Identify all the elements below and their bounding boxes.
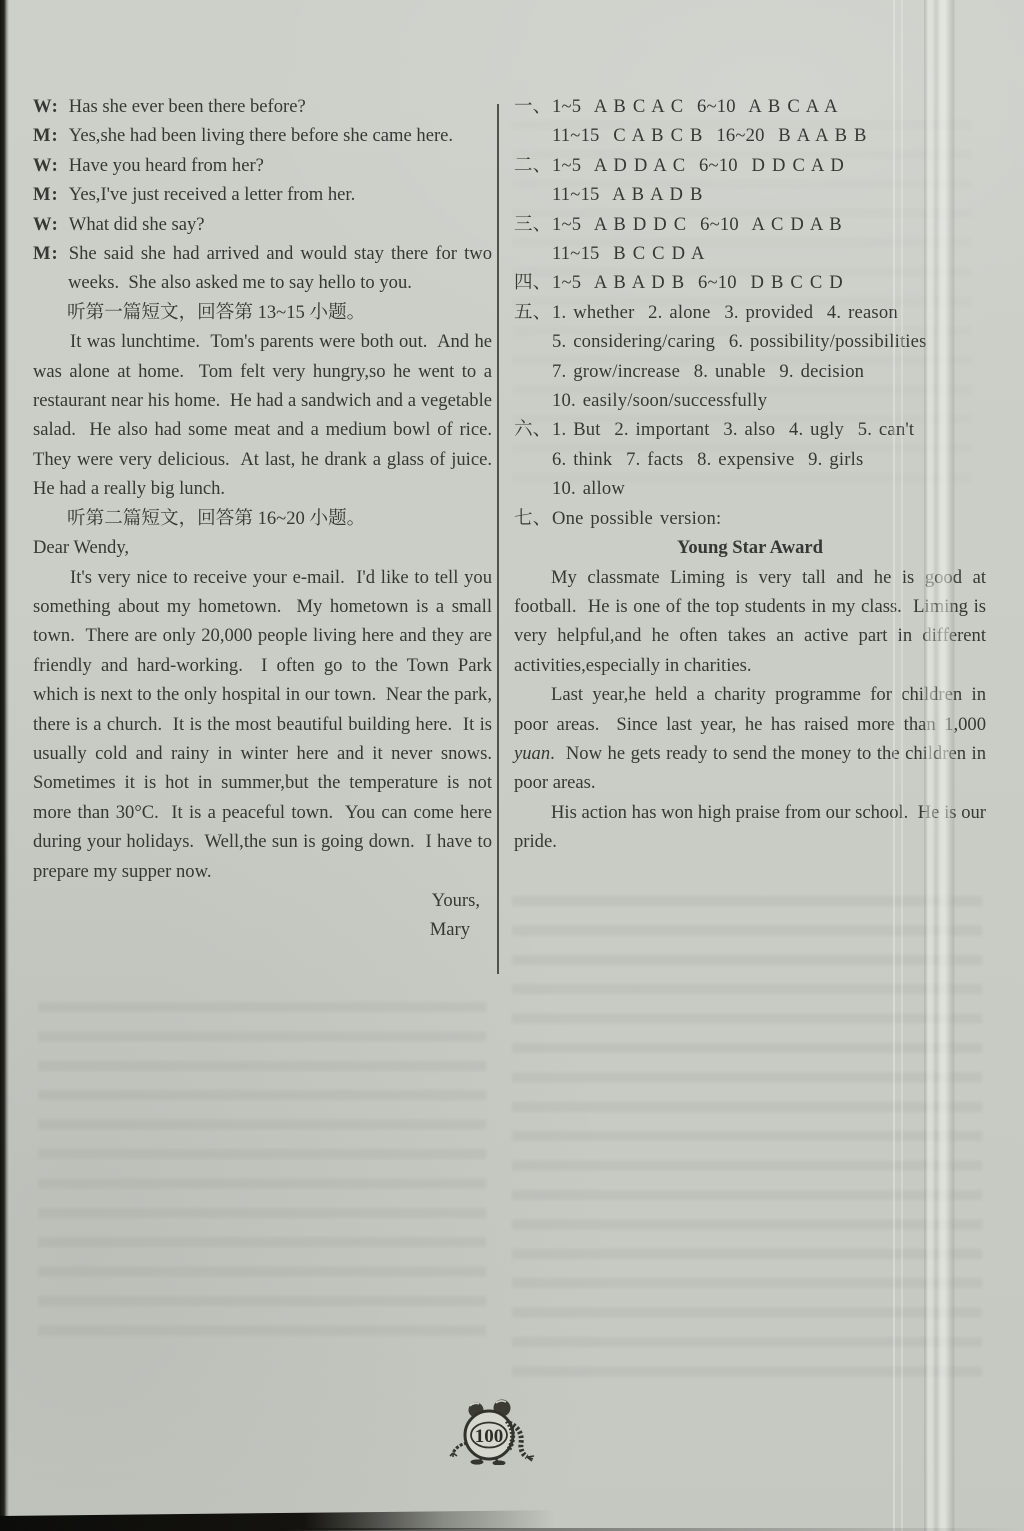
dialogue-line: W:What did she say? bbox=[33, 210, 492, 239]
answer-line: 1. whether 2. alone 3. provided 4. reaso… bbox=[552, 298, 986, 327]
dialogue-line: M:She said she had arrived and would sta… bbox=[33, 239, 492, 298]
page-curl-streak bbox=[924, 0, 955, 1531]
bleed-through-lines bbox=[38, 1002, 486, 1350]
answer-section: 三、 1~5 A B D D C 6~10 A C D A B 11~15 B … bbox=[514, 210, 986, 269]
listening-section-header: 听第一篇短文，回答第 13~15 小题。 bbox=[33, 298, 492, 327]
essay-paragraph: Last year,he held a charity programme fo… bbox=[514, 680, 986, 798]
answer-line: 1~5 A B A D B 6~10 D B C C D bbox=[552, 268, 986, 297]
answer-section: 五、 1. whether 2. alone 3. provided 4. re… bbox=[514, 298, 986, 416]
essay-title: Young Star Award bbox=[514, 533, 986, 562]
bleed-through-lines bbox=[512, 896, 982, 1396]
answer-section-label: 五、 bbox=[514, 298, 552, 416]
speaker-label: W: bbox=[33, 155, 59, 176]
dialogue-text: Yes,she had been living there before she… bbox=[69, 125, 453, 146]
left-column: W:Has she ever been there before? M:Yes,… bbox=[33, 92, 492, 945]
scan-edge-left bbox=[0, 0, 9, 1531]
speaker-label: W: bbox=[33, 214, 59, 235]
dialogue-line: W:Has she ever been there before? bbox=[33, 92, 492, 121]
answer-section: 二、 1~5 A D D A C 6~10 D D C A D 11~15 A … bbox=[514, 151, 986, 210]
alarm-clock-icon: 100 bbox=[449, 1399, 541, 1465]
dialogue-text: Have you heard from her? bbox=[69, 155, 264, 176]
page-curl-streak bbox=[901, 0, 903, 1531]
answer-line: 7. grow/increase 8. unable 9. decision bbox=[552, 357, 986, 386]
answer-line: 1~5 A D D A C 6~10 D D C A D bbox=[552, 151, 986, 180]
essay-paragraph: His action has won high praise from our … bbox=[514, 798, 986, 857]
essay-text: . Now he gets ready to send the money to… bbox=[514, 743, 991, 793]
answer-section-label: 三、 bbox=[514, 210, 552, 269]
answer-line: 11~15 A B A D B bbox=[552, 180, 986, 209]
answer-section: 七、 One possible version: bbox=[514, 504, 986, 533]
answer-section-label: 六、 bbox=[514, 415, 552, 503]
scan-edge-bottom bbox=[0, 1510, 556, 1531]
answer-line: 1. But 2. important 3. also 4. ugly 5. c… bbox=[552, 415, 986, 444]
dialogue-text: What did she say? bbox=[69, 214, 205, 235]
answer-line: 10. easily/soon/successfully bbox=[552, 386, 986, 415]
column-divider bbox=[497, 104, 499, 974]
letter-salutation: Dear Wendy, bbox=[33, 533, 492, 562]
answer-section-label: 一、 bbox=[514, 92, 552, 151]
letter-body: It's very nice to receive your e-mail. I… bbox=[33, 563, 492, 886]
answer-line: 1~5 A B C A C 6~10 A B C A A bbox=[552, 92, 986, 121]
essay-italic-word: yuan bbox=[514, 743, 550, 764]
answer-line: One possible version: bbox=[552, 504, 986, 533]
listening-section-header: 听第二篇短文，回答第 16~20 小题。 bbox=[33, 504, 492, 533]
answer-line: 11~15 C A B C B 16~20 B A A B B bbox=[552, 121, 986, 150]
speaker-label: M: bbox=[33, 184, 59, 205]
speaker-label: M: bbox=[33, 243, 59, 264]
essay-paragraph: My classmate Liming is very tall and he … bbox=[514, 563, 986, 681]
passage-paragraph: It was lunchtime. Tom's parents were bot… bbox=[33, 327, 492, 503]
dialogue-text: She said she had arrived and would stay … bbox=[68, 243, 497, 293]
answer-line: 10. allow bbox=[552, 474, 986, 503]
dialogue-line: W:Have you heard from her? bbox=[33, 151, 492, 180]
dialogue-line: M:Yes,she had been living there before s… bbox=[33, 121, 492, 150]
dialogue-text: Yes,I've just received a letter from her… bbox=[69, 184, 355, 205]
speaker-label: M: bbox=[33, 125, 59, 146]
answer-section: 一、 1~5 A B C A C 6~10 A B C A A 11~15 C … bbox=[514, 92, 986, 151]
essay-text: Last year,he held a charity programme fo… bbox=[514, 684, 991, 734]
letter-signature: Mary bbox=[33, 915, 492, 944]
answer-section: 六、 1. But 2. important 3. also 4. ugly 5… bbox=[514, 415, 986, 503]
answer-section-label: 四、 bbox=[514, 268, 552, 297]
dialogue-line: M:Yes,I've just received a letter from h… bbox=[33, 180, 492, 209]
page-number: 100 bbox=[475, 1426, 504, 1447]
answer-line: 1~5 A B D D C 6~10 A C D A B bbox=[552, 210, 986, 239]
speaker-label: W: bbox=[33, 96, 59, 117]
right-column: 一、 1~5 A B C A C 6~10 A B C A A 11~15 C … bbox=[514, 92, 986, 857]
page-curl-streak bbox=[893, 0, 895, 1531]
answer-line: 6. think 7. facts 8. expensive 9. girls bbox=[552, 445, 986, 474]
answer-section: 四、 1~5 A B A D B 6~10 D B C C D bbox=[514, 268, 986, 297]
answer-section-label: 七、 bbox=[514, 504, 552, 533]
letter-closing: Yours, bbox=[33, 886, 492, 915]
answer-line: 11~15 B C C D A bbox=[552, 239, 986, 268]
answer-section-label: 二、 bbox=[514, 151, 552, 210]
dialogue-text: Has she ever been there before? bbox=[69, 96, 306, 117]
answer-line: 5. considering/caring 6. possibility/pos… bbox=[552, 327, 986, 356]
